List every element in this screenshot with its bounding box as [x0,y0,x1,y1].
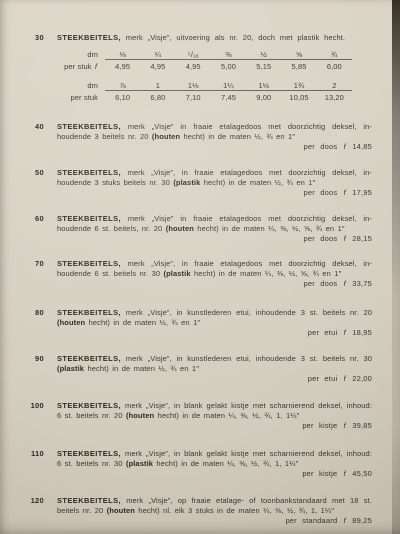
item-detail-bold: (houten [107,506,135,515]
item-title-line: STEEKBEITELS, merk „Visje” in fraaie eta… [57,214,372,224]
size-value: ¾ [317,49,352,59]
item-detail-pre: 6 st. beitels nr. 20 [57,411,126,420]
price-amount: 22,00 [352,374,372,383]
item-number: 30 [0,33,44,42]
item-detail-bold: (plastik [164,269,191,278]
item-product-name: STEEKBEITELS, [57,168,121,177]
size-value: 1¾ [281,80,316,90]
table-sizes-row-1: dm ⅛ ¼ ⁵/₁₆ ⅜ ½ ⅝ ¾ [57,49,362,60]
florin-sign: f [343,374,347,383]
item-detail-bold: (houten [166,224,194,233]
item-detail-line: beitels nr. 20 (houten hecht) nl. elk 3 … [57,506,372,516]
price-amount: 17,95 [352,188,372,197]
item-product-name: STEEKBEITELS, [57,449,121,458]
size-value: ⅝ [281,49,316,59]
item-detail-post: hecht) in de maten ½, ¾ en 1″ [84,364,199,373]
price-amount: 18,95 [352,328,372,337]
per-piece-text: per stuk [64,62,91,71]
per-piece-label: per stuk [57,92,105,103]
item-detail-pre: houdende 3 beitels nr. 20 [57,132,152,141]
price-unit-label: per doos [304,188,338,197]
florin-sign: f [343,279,347,288]
item-detail-bold: (plastik [173,178,200,187]
size-value: ¼ [140,49,175,59]
item-number: 110 [0,449,44,458]
price-value: 5,85 [281,61,316,72]
item-title-rest: merk „Visje”, uitvoering als nr. 20, doc… [126,33,345,42]
size-value: ½ [246,49,281,59]
price-unit-label: per standaard [285,516,337,525]
item-title-line: STEEKBEITELS, merk „Visje” in fraaie eta… [57,122,372,132]
item-product-name: STEEKBEITELS, [57,496,121,505]
item-detail-line: houdende 6 st. beitels nr. 30 (plastik h… [57,269,372,279]
item-detail-post: hecht) nl. elk 3 stuks in de maten ¼, ⅜,… [135,506,334,515]
item-title-line: STEEKBEITELS, merk „Visje”, in kunstlede… [57,354,372,364]
item-title-rest: merk „Visje”, in kunstlederen etui, inho… [126,308,372,317]
price-value: 10,05 [281,92,316,103]
florin-sign: f [343,142,347,151]
item-price-line: per standaard f 89,25 [57,516,372,526]
item-number: 90 [0,354,44,363]
catalog-item-60: 60 STEEKBEITELS, merk „Visje” in fraaie … [0,214,400,244]
price-amount: 89,25 [352,516,372,525]
price-value: 5,00 [211,61,246,72]
item-detail-line: (plastik hecht) in de maten ½, ¾ en 1″ [57,364,372,374]
item-title-rest: merk „Visje”, in fraaie etalagedoos met … [128,259,372,268]
item-title-rest: merk „Visje”, in fraaie etalagedoos met … [128,168,372,177]
item-title-line: STEEKBEITELS, merk „Visje”, in fraaie et… [57,259,372,269]
item-number: 80 [0,308,44,317]
price-value: 4,95 [105,61,140,72]
catalog-page: 30 STEEKBEITELS, merk „Visje”, uitvoerin… [0,0,400,534]
price-value: 6,10 [105,92,140,103]
item-detail-post: hecht) in de maten ¼, ⅜, ½, ⅝, ¾ en 1″ [194,224,345,233]
price-unit-label: per doos [304,279,338,288]
price-unit-label: per etui [308,374,338,383]
size-value: ⅞ [105,80,140,90]
price-amount: 33,75 [352,279,372,288]
size-value: 2 [317,80,352,90]
item-number: 100 [0,401,44,410]
item-price-line: per etui f 22,00 [57,374,372,384]
item-number: 60 [0,214,44,223]
price-unit-label: per doos [304,142,338,151]
price-amount: 45,50 [352,469,372,478]
item-detail-pre: houdende 6 st. beitels, nr. 20 [57,224,166,233]
size-unit-label: dm [57,49,105,60]
item-number: 40 [0,122,44,131]
price-value: 5,15 [246,61,281,72]
item-detail-line: (houten hecht) in de maten ½, ¾ en 1″ [57,318,372,328]
item-title-rest: merk „Visje”, in blank gelakt kistje met… [125,449,372,458]
item-price-line: per doos f 14,85 [57,142,372,152]
item-title-line: STEEKBEITELS, merk „Visje”, uitvoering a… [57,33,372,43]
item-detail-pre: houdende 3 stuks beitels nr. 30 [57,178,173,187]
price-value: 6,80 [140,92,175,103]
item-product-name: STEEKBEITELS, [57,33,121,42]
price-value: 7,45 [211,92,246,103]
item-detail-post: hecht) in de maten ¼, ⅜, ½, ¾, 1, 1¼″ [153,459,298,468]
table-prices-row-1: per stuk f 4,95 4,95 4,95 5,00 5,15 5,85… [57,61,362,72]
table-sizes-row-2: dm ⅞ 1 1⅛ 1¼ 1½ 1¾ 2 [57,80,362,91]
item-title-rest: merk „Visje”, in kunstlederen etui, inho… [126,354,372,363]
price-value: 6,00 [317,61,352,72]
size-value: ⅛ [105,49,140,59]
catalog-item-50: 50 STEEKBEITELS, merk „Visje”, in fraaie… [0,168,400,198]
item-detail-line: houdende 3 beitels nr. 20 (houten hecht)… [57,132,372,142]
item-detail-post: hecht) in de maten ¼, ⅜, ½, ⅝, ¾ en 1″ [191,269,342,278]
price-amount: 28,15 [352,234,372,243]
item-title-line: STEEKBEITELS, merk „Visje”, in fraaie et… [57,168,372,178]
price-unit-label: per kistje [302,469,337,478]
item-detail-bold: (plastik [126,459,153,468]
item-detail-bold: (houten [152,132,180,141]
catalog-item-70: 70 STEEKBEITELS, merk „Visje”, in fraaie… [0,259,400,289]
catalog-item-40: 40 STEEKBEITELS, merk „Visje” in fraaie … [0,122,400,152]
size-value: ⅜ [211,49,246,59]
item-product-name: STEEKBEITELS, [57,354,121,363]
item-title-rest: merk „Visje” in fraaie etalagedoos met d… [128,122,372,131]
price-value: 9,00 [246,92,281,103]
item-detail-line: 6 st. beitels nr. 20 (houten hecht) in d… [57,411,372,421]
florin-sign: f [343,234,347,243]
catalog-item-80: 80 STEEKBEITELS, merk „Visje”, in kunstl… [0,308,400,338]
florin-sign: f [343,328,347,337]
size-value: 1 [140,80,175,90]
size-value: 1¼ [211,80,246,90]
florin-sign: f [94,62,98,71]
item-detail-line: houdende 3 stuks beitels nr. 30 (plastik… [57,178,372,188]
price-unit-label: per etui [308,328,338,337]
item-product-name: STEEKBEITELS, [57,259,121,268]
item-number: 70 [0,259,44,268]
size-value: ⁵/₁₆ [176,49,211,59]
item-product-name: STEEKBEITELS, [57,214,121,223]
item-detail-bold: (houten [126,411,154,420]
florin-sign: f [343,421,347,430]
florin-sign: f [343,188,347,197]
item-detail-post: hecht) in de maten ½, ¾ en 1″ [200,178,315,187]
table-prices-row-2: per stuk 6,10 6,80 7,10 7,45 9,00 10,05 … [57,92,362,103]
item-title-rest: merk „Visje”, op fraaie etalage- of toon… [126,496,372,505]
item-price-line: per doos f 28,15 [57,234,372,244]
item-number: 120 [0,496,44,505]
catalog-item-120: 120 STEEKBEITELS, merk „Visje”, op fraai… [0,496,400,526]
price-unit-label: per doos [304,234,338,243]
catalog-item-100: 100 STEEKBEITELS, merk „Visje”, in blank… [0,401,400,431]
item-detail-post: hecht) in de maten ¼, ⅜, ½, ¾, 1, 1¼″ [154,411,299,420]
florin-sign: f [343,469,347,478]
price-value: 4,95 [176,61,211,72]
item-product-name: STEEKBEITELS, [57,122,121,131]
item-title-line: STEEKBEITELS, merk „Visje”, in kunstlede… [57,308,372,318]
item-price-line: per doos f 33,75 [57,279,372,289]
per-piece-label: per stuk f [57,61,105,72]
size-unit-label: dm [57,80,105,91]
item-detail-post: hecht) in de maten ½, ¾ en 1″ [180,132,295,141]
item-price-line: per kistje f 45,50 [57,469,372,479]
size-value: 1⅛ [176,80,211,90]
catalog-item-30: 30 STEEKBEITELS, merk „Visje”, uitvoerin… [0,33,400,43]
item-title-line: STEEKBEITELS, merk „Visje”, in blank gel… [57,401,372,411]
catalog-item-90: 90 STEEKBEITELS, merk „Visje”, in kunstl… [0,354,400,384]
price-value: 7,10 [176,92,211,103]
item-product-name: STEEKBEITELS, [57,308,121,317]
item-product-name: STEEKBEITELS, [57,401,121,410]
item-detail-pre: beitels nr. 20 [57,506,107,515]
item-detail-line: houdende 6 st. beitels, nr. 20 (houten h… [57,224,372,234]
item-detail-bold: (plastik [57,364,84,373]
price-amount: 39,85 [352,421,372,430]
item-detail-line: 6 st. beitels nr. 30 (plastik hecht) in … [57,459,372,469]
price-amount: 14,85 [352,142,372,151]
item-detail-pre: 6 st. beitels nr. 30 [57,459,126,468]
item-title-line: STEEKBEITELS, merk „Visje”, op fraaie et… [57,496,372,506]
florin-sign: f [343,516,347,525]
price-value: 13,20 [317,92,352,103]
item-title-line: STEEKBEITELS, merk „Visje”, in blank gel… [57,449,372,459]
item-detail-post: hecht) in de maten ½, ¾ en 1″ [85,318,200,327]
item-price-line: per kistje f 39,85 [57,421,372,431]
price-unit-label: per kistje [302,421,337,430]
item-detail-bold: (houten [57,318,85,327]
item-title-rest: merk „Visje” in fraaie etalagedoos met d… [128,214,372,223]
item-price-line: per etui f 18,95 [57,328,372,338]
item-number: 50 [0,168,44,177]
item-detail-pre: houdende 6 st. beitels nr. 30 [57,269,164,278]
item-title-rest: merk „Visje”, in blank gelakt kistje met… [125,401,372,410]
item-price-line: per doos f 17,95 [57,188,372,198]
catalog-item-110: 110 STEEKBEITELS, merk „Visje”, in blank… [0,449,400,479]
size-value: 1½ [246,80,281,90]
price-value: 4,95 [140,61,175,72]
